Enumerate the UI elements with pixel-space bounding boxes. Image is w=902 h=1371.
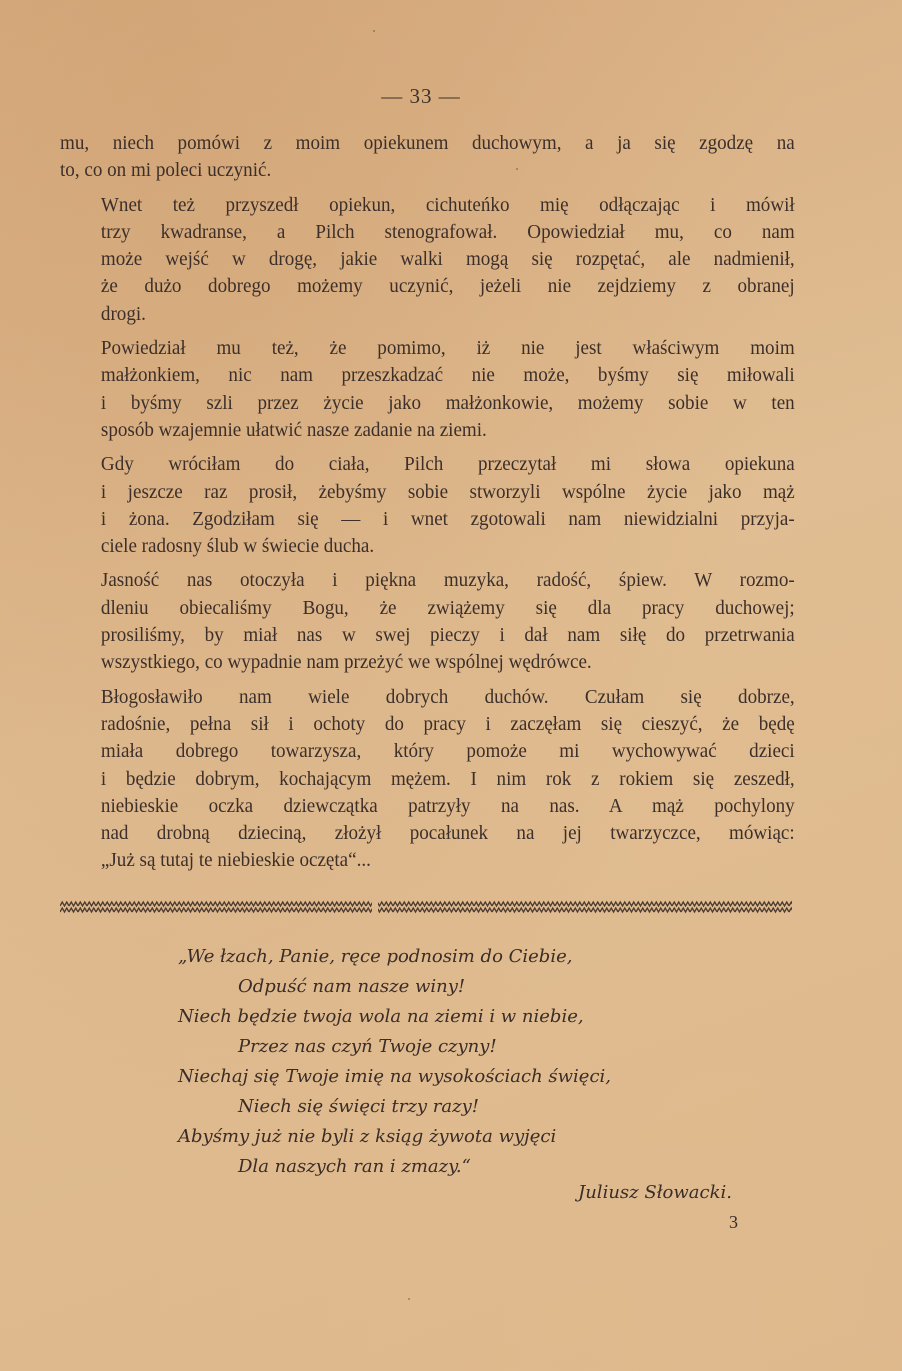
text-line: małżonkiem, nic nam przeszkadzać nie moż… — [60, 362, 795, 389]
text-line: radośnie, pełna sił i ochoty do pracy i … — [60, 711, 795, 738]
text-line: i byśmy szli przez życie jako małżonkowi… — [60, 390, 795, 417]
paragraph: Powiedział mu też, że pomimo, iż nie jes… — [60, 335, 795, 444]
text-line: dleniu obiecaliśmy Bogu, że zwiążemy się… — [60, 595, 795, 622]
text-line: i żona. Zgodziłam się — i wnet zgotowali… — [60, 506, 795, 533]
text-line: i jeszcze raz prosił, żebyśmy sobie stwo… — [60, 479, 795, 506]
paragraph: Gdy wróciłam do ciała, Pilch przeczytał … — [60, 451, 795, 560]
poem-line: Niech będzie twoja wola na ziemi i w nie… — [178, 1002, 698, 1032]
paper-speck — [373, 30, 375, 32]
text-line: prosiliśmy, by miał nas w swej pieczy i … — [60, 622, 795, 649]
text-line: to, co on mi poleci uczynić. — [60, 157, 795, 184]
text-line: Błogosławiło nam wiele dobrych duchów. C… — [60, 684, 795, 711]
zigzag-divider — [60, 900, 792, 916]
text-line: może wejść w drogę, jakie walki mogą się… — [60, 246, 795, 273]
paragraph: mu, niech pomówi z moim opiekunem duchow… — [60, 130, 795, 185]
poem-line: Odpuść nam nasze winy! — [178, 972, 698, 1002]
poem-line: „We łzach, Panie, ręce podnosim do Ciebi… — [178, 942, 698, 972]
book-page: — 33 — mu, niech pomówi z moim opiekunem… — [0, 0, 902, 1371]
poem-line: Niech się święci trzy razy! — [178, 1092, 698, 1122]
paper-speck — [516, 168, 518, 170]
paper-speck — [408, 1298, 410, 1300]
text-line: ciele radosny ślub w świecie ducha. — [60, 533, 795, 560]
paragraph: Błogosławiło nam wiele dobrych duchów. C… — [60, 684, 795, 875]
text-line: „Już są tutaj te niebieskie oczęta“... — [60, 847, 795, 874]
text-line: Jasność nas otoczyła i piękna muzyka, ra… — [60, 567, 795, 594]
text-line: i będzie dobrym, kochającym mężem. I nim… — [60, 766, 795, 793]
text-line: mu, niech pomówi z moim opiekunem duchow… — [60, 130, 795, 157]
text-line: sposób wzajemnie ułatwić nasze zadanie n… — [60, 417, 795, 444]
poem-line: Dla naszych ran i zmazy.“ — [178, 1152, 698, 1182]
text-line: wszystkiego, co wypadnie nam przeżyć we … — [60, 649, 795, 676]
text-line: trzy kwadranse, a Pilch stenografował. O… — [60, 219, 795, 246]
poem-line: Abyśmy już nie byli z ksiąg żywota wyjęc… — [178, 1122, 698, 1152]
signature-mark: 3 — [729, 1212, 738, 1233]
poem-line: Przez nas czyń Twoje czyny! — [178, 1032, 698, 1062]
paragraph: Wnet też przyszedł opiekun, cichuteńko m… — [60, 192, 795, 328]
page-number: — 33 — — [0, 84, 842, 109]
text-line: nad drobną dzieciną, złożył pocałunek na… — [60, 820, 795, 847]
poem-author: Juliusz Słowacki. — [578, 1182, 732, 1203]
text-line: miała dobrego towarzysza, który pomoże m… — [60, 738, 795, 765]
paragraph: Jasność nas otoczyła i piękna muzyka, ra… — [60, 567, 795, 676]
text-line: Wnet też przyszedł opiekun, cichuteńko m… — [60, 192, 795, 219]
text-line: drogi. — [60, 301, 795, 328]
text-line: Powiedział mu też, że pomimo, iż nie jes… — [60, 335, 795, 362]
text-line: Gdy wróciłam do ciała, Pilch przeczytał … — [60, 451, 795, 478]
text-line: że dużo dobrego możemy uczynić, jeżeli n… — [60, 273, 795, 300]
poem-line: Niechaj się Twoje imię na wysokościach ś… — [178, 1062, 698, 1092]
body-text: mu, niech pomówi z moim opiekunem duchow… — [60, 130, 795, 882]
poem: „We łzach, Panie, ręce podnosim do Ciebi… — [178, 942, 698, 1182]
text-line: niebieskie oczka dziewczątka patrzyły na… — [60, 793, 795, 820]
